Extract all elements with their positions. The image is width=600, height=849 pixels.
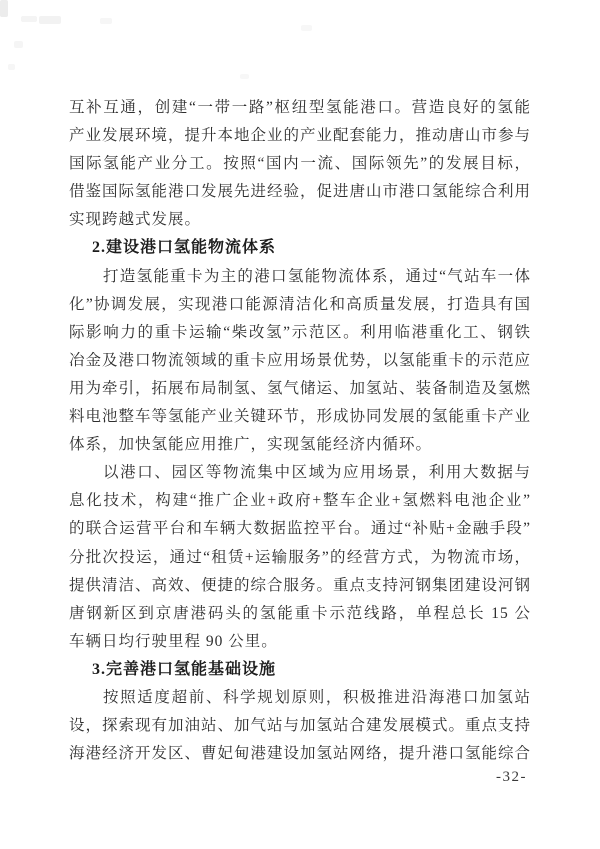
text-line: 的联合运营平台和车辆大数据监控平台。通过“补贴+金融手段”	[69, 515, 531, 543]
text-line: 提供清洁、高效、便捷的综合服务。重点支持河钢集团建设河钢	[69, 572, 531, 600]
scan-artifact	[39, 16, 61, 24]
text-line: 际影响力的重卡运输“柴改氢”示范区。利用临港重化工、钢铁	[69, 319, 531, 347]
text-line: 打造氢能重卡为主的港口氢能物流体系，通过“气站车一体	[69, 263, 531, 291]
scan-artifact	[8, 64, 15, 70]
scan-artifact	[14, 41, 23, 48]
scan-artifact	[100, 18, 112, 24]
text-line: 分批次投运，通过“租赁+运输服务”的经营方式，为物流市场，	[69, 544, 531, 572]
scan-artifact	[240, 74, 249, 79]
text-line: 海港经济开发区、曹妃甸港建设加氢站网络，提升港口氢能综合	[69, 740, 531, 768]
text-line: 互补互通，创建“一带一路”枢纽型氢能港口。营造良好的氢能	[69, 94, 531, 122]
text-line: 按照适度超前、科学规划原则，积极推进沿海港口加氢站建	[69, 684, 531, 712]
text-line: 设，探索现有加油站、加气站与加氢站合建发展模式。重点支持	[69, 712, 531, 740]
text-line: 产业发展环境，提升本地企业的产业配套能力，推动唐山市参与	[69, 122, 531, 150]
scan-artifact	[0, 0, 8, 17]
document-page: 互补互通，创建“一带一路”枢纽型氢能港口。营造良好的氢能产业发展环境，提升本地企…	[0, 0, 600, 849]
page-number: -32-	[496, 769, 527, 786]
scan-artifact	[301, 25, 312, 31]
text-line: 实现跨越式发展。	[69, 206, 531, 234]
text-line: 体系，加快氢能应用推广，实现氢能经济内循环。	[69, 431, 531, 459]
text-line: 唐钢新区到京唐港码头的氢能重卡示范线路，单程总长 15 公里，	[69, 600, 531, 628]
text-line: 国际氢能产业分工。按照“国内一流、国际领先”的发展目标，	[69, 150, 531, 178]
text-line: 冶金及港口物流领域的重卡应用场景优势，以氢能重卡的示范应	[69, 347, 531, 375]
text-line: 以港口、园区等物流集中区域为应用场景，利用大数据与信	[69, 459, 531, 487]
text-line: 借鉴国际氢能港口发展先进经验，促进唐山市港口氢能综合利用	[69, 178, 531, 206]
text-line: 化”协调发展，实现港口能源清洁化和高质量发展，打造具有国	[69, 291, 531, 319]
text-line: 息化技术，构建“推广企业+政府+整车企业+氢燃料电池企业”	[69, 487, 531, 515]
scan-artifact	[21, 16, 37, 22]
text-line: 用为牵引，拓展布局制氢、氢气储运、加氢站、装备制造及氢燃	[69, 375, 531, 403]
text-line: 车辆日均行驶里程 90 公里。	[69, 628, 531, 656]
document-body: 互补互通，创建“一带一路”枢纽型氢能港口。营造良好的氢能产业发展环境，提升本地企…	[69, 94, 531, 768]
section-heading: 3.完善港口氢能基础设施	[69, 656, 531, 684]
section-heading: 2.建设港口氢能物流体系	[69, 234, 531, 262]
text-line: 料电池整车等氢能产业关键环节，形成协同发展的氢能重卡产业	[69, 403, 531, 431]
